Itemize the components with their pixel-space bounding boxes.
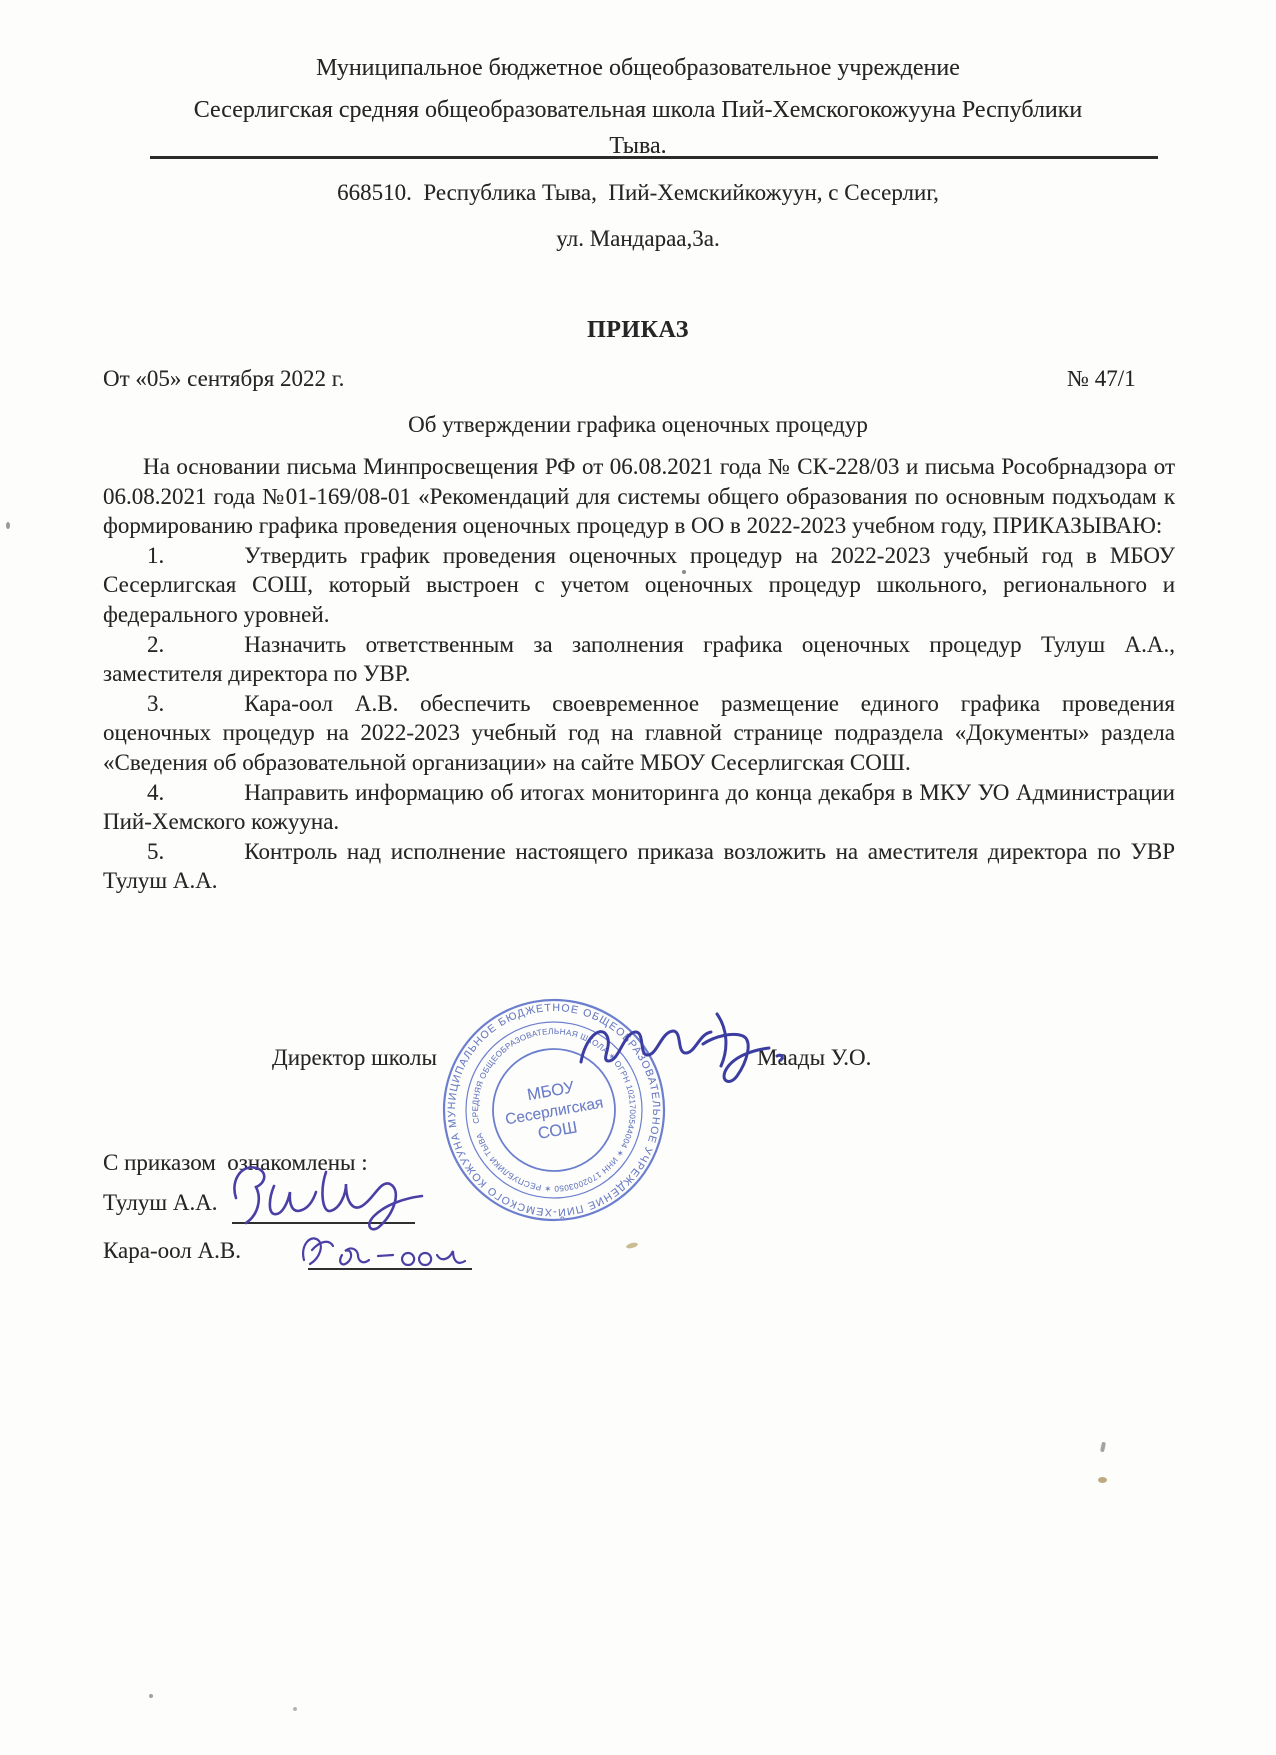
- item-text: Направить информацию об итогах мониторин…: [103, 780, 1175, 835]
- item-number: 3.: [147, 691, 164, 716]
- preamble-paragraph: На основании письма Минпросвещения РФ от…: [103, 452, 1175, 541]
- order-item-2: 2.Назначить ответственным за заполнения …: [103, 630, 1175, 689]
- order-body: На основании письма Минпросвещения РФ от…: [103, 452, 1175, 896]
- document-page: Муниципальное бюджетное общеобразователь…: [0, 0, 1276, 1755]
- order-item-5: 5.Контроль над исполнение настоящего при…: [103, 837, 1175, 896]
- order-number: № 47/1: [1067, 366, 1136, 392]
- order-title: ПРИКАЗ: [0, 317, 1276, 344]
- item-text: Контроль над исполнение настоящего прика…: [103, 839, 1175, 894]
- scan-speck: [682, 570, 686, 574]
- item-number: 4.: [147, 780, 164, 805]
- director-label: Директор школы: [272, 1045, 437, 1071]
- acknowledged-name-1: Тулуш А.А.: [103, 1190, 218, 1216]
- order-subject: Об утверждении графика оценочных процеду…: [102, 412, 1174, 438]
- director-signature-icon: [575, 1002, 790, 1097]
- org-type-line: Муниципальное бюджетное общеобразователь…: [0, 55, 1276, 82]
- director-signature: [575, 1002, 790, 1102]
- item-number: 1.: [147, 543, 164, 568]
- item-number: 2.: [147, 632, 164, 657]
- order-date: От «05» сентября 2022 г.: [103, 366, 344, 392]
- scan-speck: [626, 1242, 639, 1250]
- address-line-2: ул. Мандараа,3а.: [0, 226, 1276, 252]
- tulush-signature: [222, 1156, 432, 1239]
- item-text: Утвердить график проведения оценочных пр…: [103, 543, 1175, 627]
- item-text: Кара-оол А.В. обеспечить своевременное р…: [103, 691, 1175, 775]
- order-item-4: 4.Направить информацию об итогах монитор…: [103, 778, 1175, 837]
- order-item-1: 1.Утвердить график проведения оценочных …: [103, 541, 1175, 630]
- scan-speck: [149, 1694, 153, 1698]
- item-number: 5.: [147, 839, 164, 864]
- scan-speck: [293, 1707, 297, 1711]
- acknowledged-name-2: Кара-оол А.В.: [103, 1238, 241, 1264]
- order-item-3: 3.Кара-оол А.В. обеспечить своевременное…: [103, 689, 1175, 778]
- karaool-signature-icon: [296, 1228, 476, 1276]
- tulush-signature-icon: [222, 1156, 432, 1234]
- scan-speck: [1100, 1442, 1106, 1453]
- address-line-1: 668510. Республика Тыва, Пий-Хемскийкожу…: [0, 180, 1276, 206]
- karaool-signature: [296, 1228, 476, 1281]
- org-name-line: Сесерлигская средняя общеобразовательная…: [163, 92, 1113, 164]
- scan-speck: [1098, 1477, 1107, 1483]
- scan-speck: [6, 522, 10, 529]
- item-text: Назначить ответственным за заполнения гр…: [103, 632, 1175, 687]
- letterhead-divider: [150, 156, 1158, 159]
